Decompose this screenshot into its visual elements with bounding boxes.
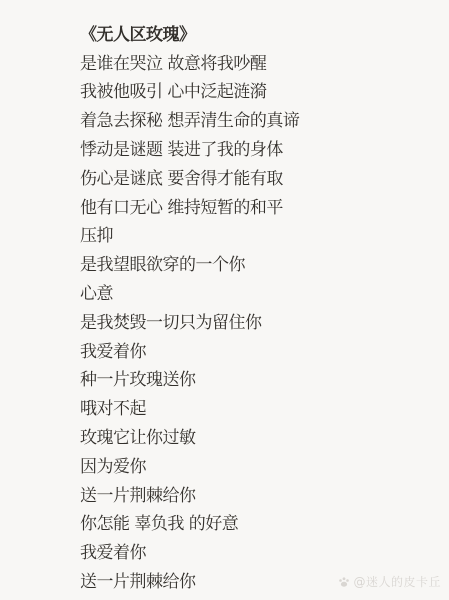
- lyrics-line: 送一片荆棘给你: [80, 479, 439, 508]
- lyrics-line: 玫瑰它让你过敏: [80, 421, 439, 450]
- watermark-text: @迷人的皮卡丘: [353, 573, 441, 590]
- lyrics-line: 伤心是谜底 要舍得才能有取: [80, 162, 439, 191]
- lyrics-line: 悸动是谜题 装进了我的身体: [80, 133, 439, 162]
- lyrics-line: 我爱着你: [80, 335, 439, 364]
- lyrics-line: 哦对不起: [80, 392, 439, 421]
- lyrics-line: 是谁在哭泣 故意将我吵醒: [80, 47, 439, 76]
- lyrics-line: 压抑: [80, 220, 439, 249]
- song-title: 《无人区玫瑰》: [80, 18, 439, 47]
- paw-icon: [338, 576, 350, 588]
- lyrics-line: 我被他吸引 心中泛起涟漪: [80, 76, 439, 105]
- lyrics-line: 他有口无心 维持短暂的和平: [80, 191, 439, 220]
- lyrics-page: 《无人区玫瑰》 是谁在哭泣 故意将我吵醒我被他吸引 心中泛起涟漪着急去探秘 想弄…: [0, 0, 449, 600]
- lyrics-line: 种一片玫瑰送你: [80, 364, 439, 393]
- lyrics-line: 我爱着你: [80, 536, 439, 565]
- lyrics-list: 是谁在哭泣 故意将我吵醒我被他吸引 心中泛起涟漪着急去探秘 想弄清生命的真谛悸动…: [80, 47, 439, 594]
- watermark: @迷人的皮卡丘: [338, 573, 441, 590]
- lyrics-line: 是我望眼欲穿的一个你: [80, 248, 439, 277]
- lyrics-line: 着急去探秘 想弄清生命的真谛: [80, 104, 439, 133]
- lyrics-line: 因为爱你: [80, 450, 439, 479]
- lyrics-line: 心意: [80, 277, 439, 306]
- lyrics-line: 你怎能 辜负我 的好意: [80, 508, 439, 537]
- lyrics-line: 是我焚毁一切只为留住你: [80, 306, 439, 335]
